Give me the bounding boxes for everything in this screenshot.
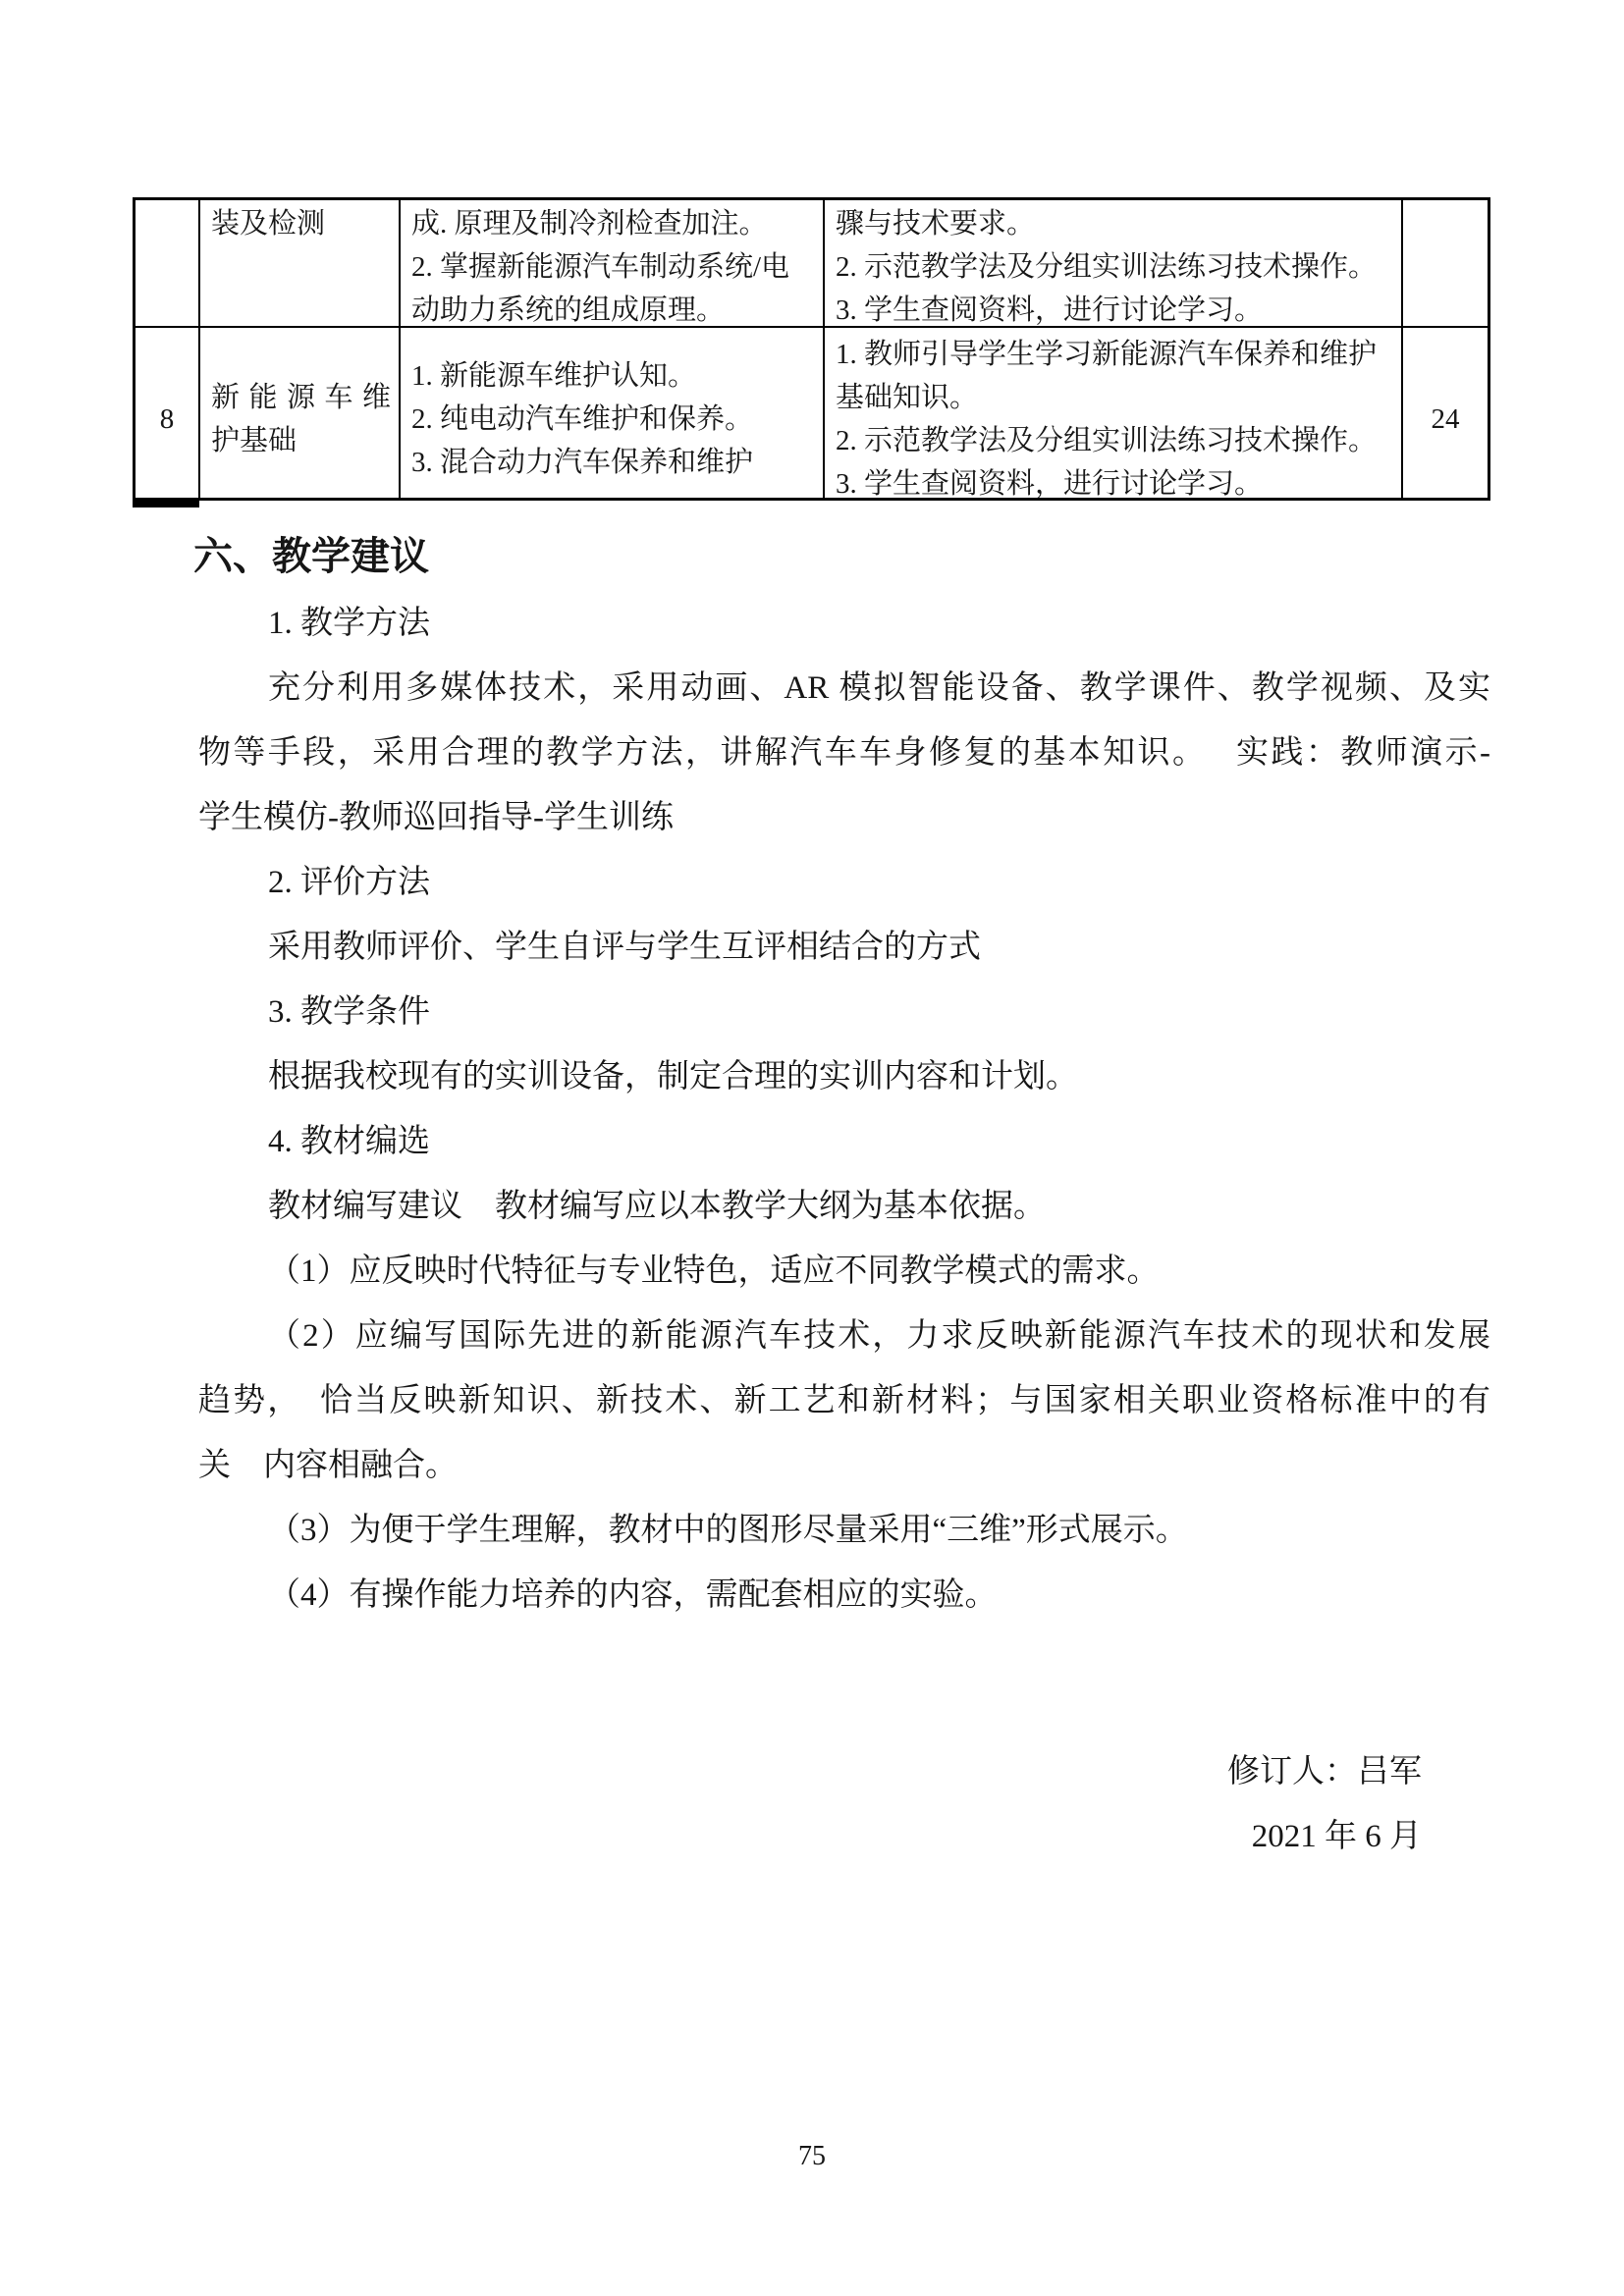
cell-line: 1. 新能源车维护认知。	[411, 354, 815, 398]
text-line: 趋势， 恰当反映新知识、新技术、新工艺和新材料；与国家相关职业资格标准中的有	[198, 1368, 1490, 1433]
cell-method: 1. 教师引导学生学习新能源汽车保养和维护 基础知识。 2. 示范教学法及分组实…	[825, 328, 1403, 498]
text-line: 教材编写建议 教材编写应以本教学大纲为基本依据。	[198, 1174, 1490, 1239]
text-line: （4）有操作能力培养的内容，需配套相应的实验。	[198, 1563, 1490, 1628]
text-line: 关 内容相融合。	[198, 1433, 1490, 1498]
cell-hours: 24	[1403, 328, 1488, 498]
cell-line: 基础知识。	[836, 376, 1393, 419]
cell-line: 装及检测	[211, 202, 391, 245]
text-line: 2. 评价方法	[198, 850, 1490, 915]
cell-line: 2. 纯电动汽车维护和保养。	[411, 398, 815, 441]
text-line: 1. 教学方法	[198, 591, 1490, 656]
cell-course-name: 新能源车维 护基础	[200, 328, 401, 498]
cell-line: 24	[1432, 398, 1460, 441]
cell-line: 8	[160, 398, 175, 441]
revision-date: 2021 年 6 月	[198, 1804, 1422, 1869]
text-line: 充分利用多媒体技术，采用动画、AR 模拟智能设备、教学课件、教学视频、及实	[198, 656, 1490, 721]
section-body: 1. 教学方法 充分利用多媒体技术，采用动画、AR 模拟智能设备、教学课件、教学…	[198, 591, 1490, 1628]
revision-author: 修订人：吕军	[198, 1739, 1422, 1804]
text-line: （1）应反映时代特征与专业特色，适应不同教学模式的需求。	[198, 1239, 1490, 1304]
cell-line: 3. 学生查阅资料，进行讨论学习。	[836, 462, 1393, 499]
text-line: 物等手段，采用合理的教学方法，讲解汽车车身修复的基本知识。 实践：教师演示-	[198, 721, 1490, 785]
text-line: 4. 教材编选	[198, 1109, 1490, 1174]
section-heading: 六、教学建议	[193, 525, 429, 581]
document-page: 装及检测 成. 原理及制冷剂检查加注。 2. 掌握新能源汽车制动系统/电 动助力…	[0, 0, 1624, 2296]
cell-line: 护基础	[211, 419, 391, 462]
cell-line: 1. 教师引导学生学习新能源汽车保养和维护	[836, 333, 1393, 376]
course-table: 装及检测 成. 原理及制冷剂检查加注。 2. 掌握新能源汽车制动系统/电 动助力…	[133, 197, 1490, 501]
cell-line: 3. 混合动力汽车保养和维护	[411, 441, 815, 484]
cell-hours	[1403, 200, 1488, 328]
cell-line: 2. 示范教学法及分组实训法练习技术操作。	[836, 245, 1393, 289]
text-line: （3）为便于学生理解，教材中的图形尽量采用“三维”形式展示。	[198, 1498, 1490, 1563]
cell-line: 成. 原理及制冷剂检查加注。	[411, 202, 815, 245]
cell-line: 骤与技术要求。	[836, 202, 1393, 245]
text-line: 根据我校现有的实训设备，制定合理的实训内容和计划。	[198, 1044, 1490, 1109]
cell-line: 3. 学生查阅资料，进行讨论学习。	[836, 289, 1393, 328]
cell-line: 2. 掌握新能源汽车制动系统/电	[411, 245, 815, 289]
scan-artifact-bar	[133, 501, 199, 507]
cell-content: 成. 原理及制冷剂检查加注。 2. 掌握新能源汽车制动系统/电 动助力系统的组成…	[401, 200, 825, 328]
cell-course-name: 装及检测	[200, 200, 401, 328]
cell-content: 1. 新能源车维护认知。 2. 纯电动汽车维护和保养。 3. 混合动力汽车保养和…	[401, 328, 825, 498]
signature-block: 修订人：吕军 2021 年 6 月	[198, 1739, 1490, 1869]
text-line: （2）应编写国际先进的新能源汽车技术，力求反映新能源汽车技术的现状和发展	[198, 1304, 1490, 1368]
cell-seq: 8	[135, 328, 200, 498]
cell-line: 动助力系统的组成原理。	[411, 289, 815, 328]
text-line: 3. 教学条件	[198, 980, 1490, 1044]
text-line: 学生模仿-教师巡回指导-学生训练	[198, 785, 1490, 850]
cell-line: 新能源车维	[211, 376, 391, 419]
cell-seq	[135, 200, 200, 328]
text-line: 采用教师评价、学生自评与学生互评相结合的方式	[198, 915, 1490, 980]
cell-line: 2. 示范教学法及分组实训法练习技术操作。	[836, 419, 1393, 462]
cell-method: 骤与技术要求。 2. 示范教学法及分组实训法练习技术操作。 3. 学生查阅资料，…	[825, 200, 1403, 328]
page-number: 75	[0, 2140, 1624, 2173]
